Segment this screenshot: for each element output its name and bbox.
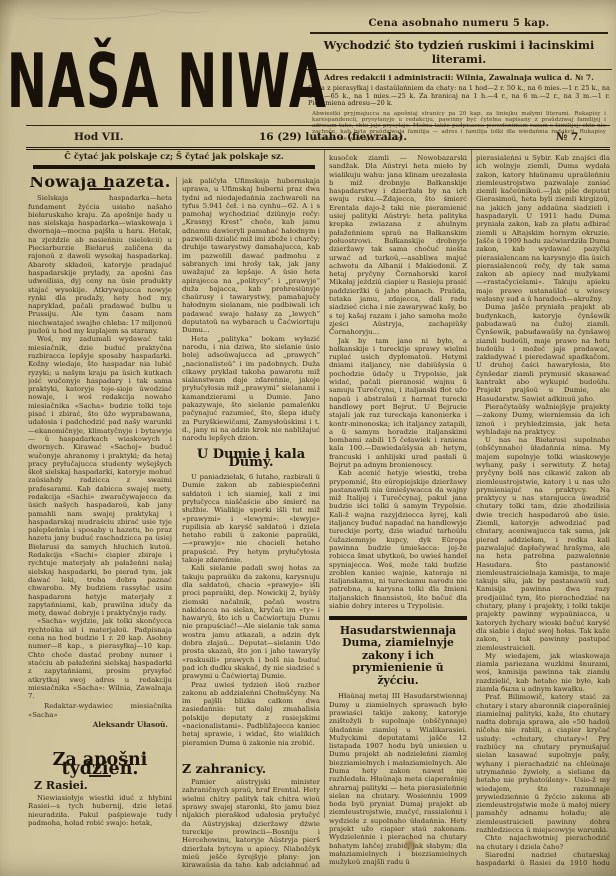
address-line: Adres redakcii i administracii: Wilnia, …: [306, 73, 612, 82]
subscription-rates: Cena z pierasyłkaj i dastaŭlańniem da ch…: [308, 85, 610, 108]
article-paragraph: U nas na Biełarusi supolnaho (obščynnaho…: [476, 436, 610, 652]
text-column-4: pierasialeńni u Sybir. Kab znajści dla i…: [476, 154, 610, 868]
section-headline: Nowaja hazeta.: [28, 178, 172, 186]
section-rule: [329, 616, 467, 620]
horizontal-rule: [310, 32, 608, 34]
pencil-mark: [36, 4, 166, 22]
article-paragraph: My wiedajem, jak wiaskowaja ziamla parie…: [476, 652, 610, 693]
column-spacer: [182, 747, 320, 759]
article-paragraph: Hłaŭnaj metaj III Hasudarstwiennaj Dumy …: [329, 692, 467, 866]
article-paragraph: Jak by tam jano ni było, a bałkanskije i…: [329, 337, 467, 470]
text-column-2: jak paličyła Ufimskaja hubernskaja upraw…: [182, 177, 320, 867]
column-divider: [471, 150, 472, 818]
section-headline: Za apošni tydzień.: [28, 756, 172, 773]
section-headline: U Dumie i kala Dumy.: [182, 451, 320, 468]
horizontal-rule: [306, 69, 612, 70]
article-paragraph-continued: kusoček ziamli — Nowobazarski sandžak. D…: [329, 154, 467, 337]
byline-label: Redaktar-wydawiec miesiačnika «Sacha»: [28, 702, 172, 719]
text-column-1: Nowaja hazeta.Sielskaja haspadarka—heta …: [28, 177, 172, 867]
masthead-title: NAŠA NIWA: [7, 37, 327, 124]
volume-label: Hod VII.: [26, 131, 186, 143]
column-divider: [176, 177, 177, 817]
sub-headline: Z Rasiei.: [28, 782, 172, 790]
heavy-rule: [33, 165, 315, 169]
price-line: Cena asobnaho numeru 5 kap.: [306, 18, 612, 29]
article-paragraph: Niewiasiołyje wiestki iduć z hłybini Ras…: [28, 794, 172, 827]
section-headline: Z zahranicy.: [182, 765, 320, 773]
imprint-block: Cena asobnaho numeru 5 kap. Wychodzić št…: [306, 18, 612, 142]
article-paragraph-continued: pierasialeńni u Sybir. Kab znajści dla i…: [476, 154, 610, 303]
pronunciation-note: Č čytać jak polskaje cz; Š čytać jak pol…: [30, 151, 318, 161]
article-paragraph: «Sacha» wyjdzie, jak tolki skončycca ryc…: [28, 617, 172, 700]
article-paragraph: Kab acenić hetyje wiestki, treba prypomn…: [329, 469, 467, 610]
article-paragraph: Sielskaja haspadarka—heta fundament žyćc…: [28, 194, 172, 335]
article-paragraph: Woś, my zadumali wydawać taki miesiačnik…: [28, 335, 172, 617]
frequency-line: Wychodzić što tydzień ruskimi i łacinski…: [306, 38, 612, 66]
article-paragraph: Pamier aŭstryjski minister zahraničnych …: [182, 778, 320, 867]
date-bar: Hod VII. 16 (29) lutaho (fiewrala). № 7.: [26, 125, 610, 150]
article-paragraph: Praf. Bilimowič, katory staić za chutary…: [476, 693, 610, 834]
article-paragraph: Kali sielanie padali swoj hołas za takuj…: [182, 564, 320, 680]
byline-name: Aleksandr Ułasoŭ.: [28, 721, 172, 729]
newspaper-page: Cena asobnaho numeru 5 kap. Wychodzić št…: [0, 0, 616, 876]
article-paragraph: Chto najachwotniej pierachodzić na chuta…: [476, 834, 610, 851]
article-paragraph: Heta „palityka“ bokam wyłazić narodu, i …: [182, 335, 320, 443]
article-headline: Hasudarstwiennaja Duma, ziamielnyje zako…: [331, 625, 465, 688]
article-paragraph: Praz uwieś tydzień išoŭ razbor zakonu ab…: [182, 681, 320, 747]
article-paragraph: Pieračytaŭšy wažniejšyje prajekty—zakony…: [476, 403, 610, 436]
article-paragraph-continued: jak paličyła Ufimskaja hubernskaja upraw…: [182, 177, 320, 335]
issue-number: № 7.: [480, 131, 610, 143]
column-divider: [324, 150, 325, 818]
article-paragraph: Siaredni nadzieł chutarskaj haspadarki ŭ…: [476, 851, 610, 868]
article-paragraph: U paniadziełak, 6 lutaho, razbirali ŭ Du…: [182, 473, 320, 564]
article-paragraph: Duma jašče pryniała prajekt ab budynkach…: [476, 303, 610, 403]
masthead: NAŠA NIWA: [22, 36, 312, 126]
issue-date: 16 (29) lutaho (fiewrala).: [186, 131, 480, 143]
text-column-3: kusoček ziamli — Nowobazarski sandžak. D…: [329, 154, 467, 868]
